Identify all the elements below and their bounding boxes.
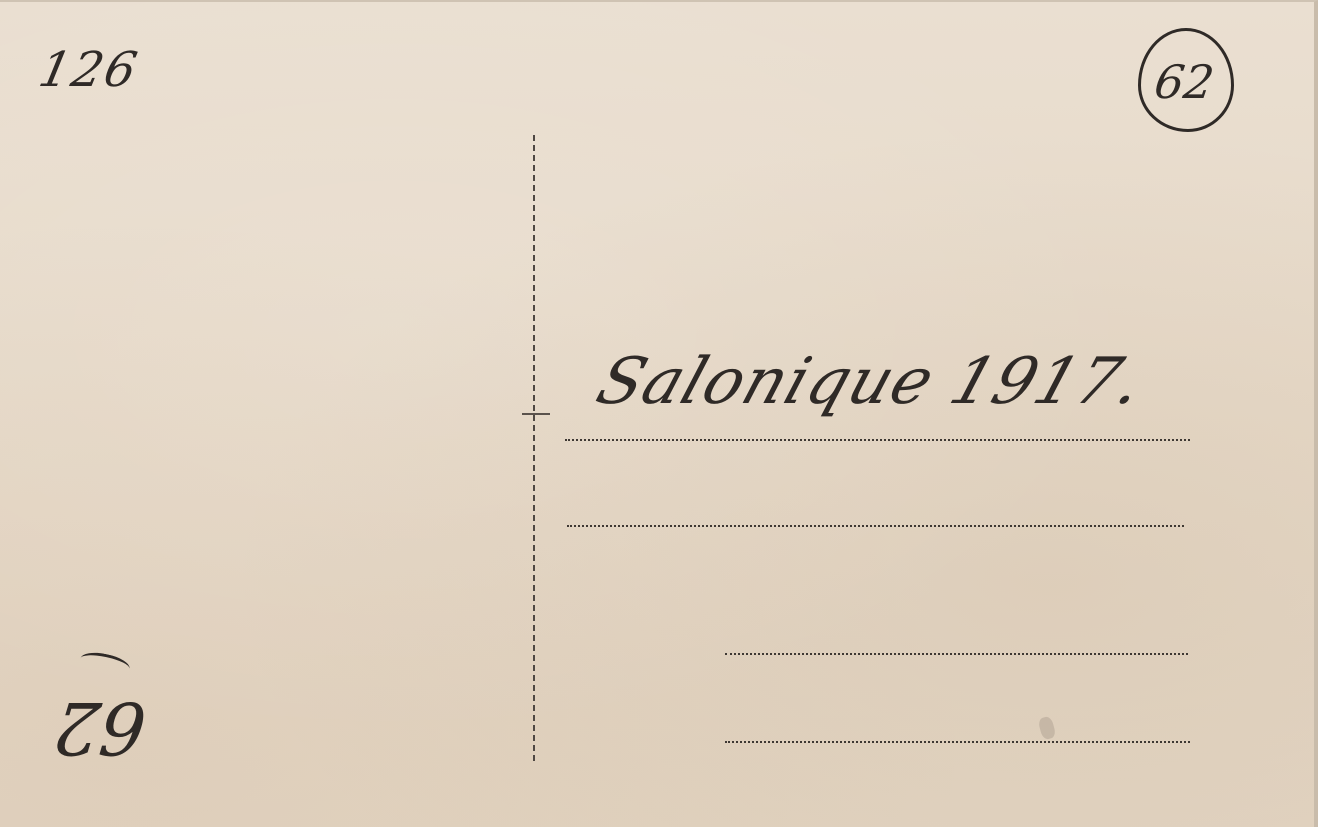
address-line-1 [565, 439, 1190, 441]
circled-number-62: 62 [1152, 59, 1217, 105]
catalog-number-126: 126 [35, 46, 143, 94]
inverted-number-62: 62 [50, 692, 149, 764]
faint-pencil-mark [1037, 716, 1056, 741]
address-line-2 [567, 525, 1184, 527]
center-divider-line [533, 135, 535, 761]
address-line-3 [725, 653, 1188, 655]
postcard-back: 126 62 Salonique 1917. 62 [0, 0, 1318, 827]
handwritten-place-date: Salonique 1917. [590, 350, 1152, 414]
circled-number-stamp: 62 [1138, 28, 1234, 132]
address-line-4 [725, 741, 1190, 743]
divider-tick-mark [522, 413, 550, 415]
inverted-number-underline [79, 649, 132, 678]
